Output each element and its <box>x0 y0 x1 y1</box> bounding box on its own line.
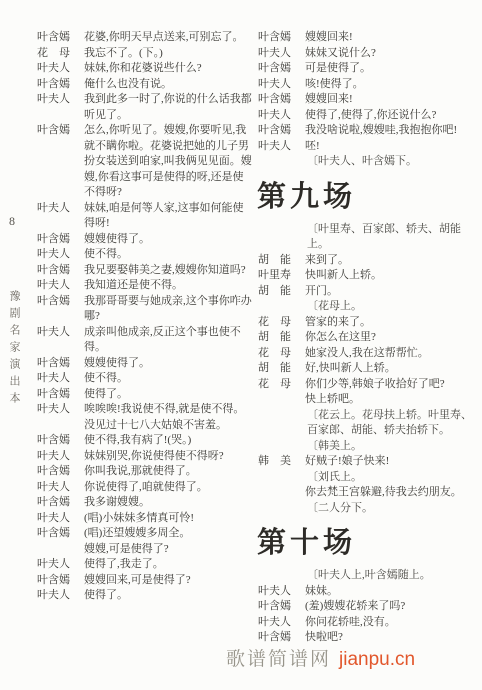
dialogue-entry: 花 母你们少等,韩娘子收拾好了吧? 快上轿吧。 <box>258 377 481 408</box>
dialogue-entry: 叶含嫣嫂嫂回来! <box>258 92 481 108</box>
dialogue-text: 花婆,你明天早点送来,可别忘了。 <box>84 30 253 46</box>
speaker-name: 花 母 <box>37 46 71 62</box>
speaker-name: 叶夫人 <box>258 584 292 600</box>
dialogue-entry: 叶含嫣我兄要娶韩美之妻,嫂嫂你知道吗? <box>37 263 253 279</box>
speaker-name: 叶里寿 <box>258 268 292 284</box>
dialogue-entry: 叶夫人(唱)小妹妹多情真可怜! <box>37 511 253 527</box>
dialogue-entry: 叶含嫣我多谢嫂嫂。 <box>37 495 253 511</box>
stage-direction: 〔叶里寿、百家郎、轿夫、胡能上。 <box>305 222 481 253</box>
dialogue-entry: 叶夫人你说使得了,咱就使得了。 <box>37 480 253 496</box>
speaker-name: 叶含嫣 <box>258 92 292 108</box>
dialogue-entry: 叶夫人成亲叫他成亲,反正这个事也使不得。 <box>37 325 253 356</box>
speaker-name: 叶含嫣 <box>37 77 71 93</box>
dialogue-entry: 花 母她家没人,我在这帮帮忙。 <box>258 346 481 362</box>
speaker-name: 胡 能 <box>258 330 292 346</box>
dialogue-text: 使不得,我有病了!(哭。) <box>84 433 253 449</box>
dialogue-text: 妹妹,咱是何等人家,这事如何能使得呀! <box>84 201 253 232</box>
dialogue-text: 使得了,我走了。 <box>84 557 253 573</box>
dialogue-entry: 叶夫人使不得。 <box>37 247 253 263</box>
dialogue-text: 嫂嫂使得了。 <box>84 356 253 372</box>
stage-direction: 〔花母上。 <box>305 299 481 315</box>
speaker-name: 叶夫人 <box>37 325 71 341</box>
speaker-name: 胡 能 <box>258 253 292 269</box>
dialogue-text: 管家的来了。 <box>305 315 481 331</box>
scene-heading: 第十场 <box>257 527 481 559</box>
dialogue-text: 我忘不了。(下。) <box>84 46 253 62</box>
speaker-name: 叶含嫣 <box>37 387 71 403</box>
stage-direction: 〔刘氏上。 <box>305 470 481 486</box>
speaker-name: 叶夫人 <box>37 92 71 108</box>
dialogue-text: 妹妹,你和花婆说些什么? <box>84 61 253 77</box>
dialogue-entry: 叶含嫣我那哥哥要与她成亲,这个事你咋办哪? <box>37 294 253 325</box>
dialogue-text: 你叫我说,那就使得了。 <box>84 464 253 480</box>
dialogue-entry: 叶夫人使不得。 <box>37 371 253 387</box>
speaker-name: 叶含嫣 <box>37 464 71 480</box>
dialogue-text: 使得了。 <box>84 588 253 604</box>
speaker-name: 叶夫人 <box>37 61 71 77</box>
dialogue-text: 你说使得了,咱就使得了。 <box>84 480 253 496</box>
dialogue-entry: 叶夫人妹妹。 <box>258 584 481 600</box>
dialogue-text: 来到了。 <box>305 253 481 269</box>
speaker-name: 叶含嫣 <box>258 61 292 77</box>
dialogue-text: (羞)嫂嫂花轿来了吗? <box>305 599 481 615</box>
dialogue-text: 嫂嫂回来! <box>305 92 481 108</box>
dialogue-entry: 叶夫人妹妹别哭,你说使得使不得呀? <box>37 449 253 465</box>
speaker-name: 叶含嫣 <box>37 356 71 372</box>
dialogue-text: 嫂嫂使得了。 <box>84 232 253 248</box>
speaker-name: 叶含嫣 <box>258 599 292 615</box>
dialogue-text: 你们少等,韩娘子收拾好了吧? 快上轿吧。 <box>305 377 481 408</box>
dialogue-entry: 叶夫人你问花轿哇,没有。 <box>258 615 481 631</box>
dialogue-text: 妹妹又说什么? <box>305 46 481 62</box>
dialogue-text: 我没啥说啦,嫂嫂哇,我抱抱你吧! <box>305 123 481 139</box>
speaker-name: 叶夫人 <box>37 480 71 496</box>
dialogue-text: 我到此多一时了,你说的什么话我都听见了。 <box>84 92 253 123</box>
dialogue-text: 咳!使得了。 <box>305 77 481 93</box>
dialogue-entry: 叶夫人使得了,使得了,你还说什么? <box>258 108 481 124</box>
dialogue-text: 我知道还是使不得。 <box>84 278 253 294</box>
speaker-name: 叶夫人 <box>258 615 292 631</box>
dialogue-text: 你问花轿哇,没有。 <box>305 615 481 631</box>
speaker-name: 叶夫人 <box>37 511 71 527</box>
dialogue-entry: 叶含嫣(唱)还望嫂嫂多周全。 嫂嫂,可是使得了? <box>37 526 253 557</box>
dialogue-text: 可是使得了。 <box>305 61 481 77</box>
dialogue-text: 她家没人,我在这帮帮忙。 <box>305 346 481 362</box>
dialogue-entry: 胡 能你怎么在这里? <box>258 330 481 346</box>
dialogue-text: 嫂嫂回来,可是使得了? <box>84 573 253 589</box>
dialogue-text: 我兄要娶韩美之妻,嫂嫂你知道吗? <box>84 263 253 279</box>
scene-heading: 第九场 <box>257 181 481 213</box>
dialogue-entry: 胡 能好,快叫新人上轿。 <box>258 361 481 377</box>
dialogue-entry: 叶夫人我知道还是使不得。 <box>37 278 253 294</box>
dialogue-entry: 叶含嫣我没啥说啦,嫂嫂哇,我抱抱你吧! <box>258 123 481 139</box>
stage-direction: 〔花云上。花母扶上轿。叶里寿、百家郎、胡能、轿夫抬轿下。 <box>305 408 481 439</box>
dialogue-text: 使得了。 <box>84 387 253 403</box>
stage-direction: 〔叶夫人上,叶含嫣随上。 <box>305 568 481 584</box>
speaker-name: 叶含嫣 <box>37 573 71 589</box>
dialogue-entry: 叶夫人使得了,我走了。 <box>37 557 253 573</box>
dialogue-entry: 叶夫人使得了。 <box>37 588 253 604</box>
watermark-site-name: 歌谱简谱网 <box>226 649 331 670</box>
scanned-script-page: 8 豫剧名家演出本 叶含嫣花婆,你明天早点送来,可别忘了。花 母我忘不了。(下。… <box>0 0 482 690</box>
speaker-name: 花 母 <box>258 346 292 362</box>
stage-direction: 〔叶夫人、叶含嫣下。 <box>305 154 481 170</box>
speaker-name: 叶含嫣 <box>258 123 292 139</box>
page-number: 8 <box>9 214 15 229</box>
speaker-name: 叶夫人 <box>258 108 292 124</box>
speaker-name: 叶夫人 <box>37 201 71 217</box>
dialogue-text: 呸! <box>305 139 481 155</box>
dialogue-text: 我那哥哥要与她成亲,这个事你咋办哪? <box>84 294 253 325</box>
speaker-name: 叶夫人 <box>37 588 71 604</box>
speaker-name: 叶夫人 <box>37 449 71 465</box>
dialogue-entry: 叶含嫣可是使得了。 <box>258 61 481 77</box>
dialogue-entry: 叶含嫣嫂嫂使得了。 <box>37 232 253 248</box>
dialogue-text: 你怎么在这里? <box>305 330 481 346</box>
dialogue-entry: 叶里寿快叫新人上轿。 <box>258 268 481 284</box>
dialogue-entry: 叶夫人妹妹,你和花婆说些什么? <box>37 61 253 77</box>
dialogue-entry: 叶含嫣嫂嫂回来! <box>258 30 481 46</box>
dialogue-entry: 叶含嫣(羞)嫂嫂花轿来了吗? <box>258 599 481 615</box>
speaker-name: 花 母 <box>258 315 292 331</box>
dialogue-text: 好,快叫新人上轿。 <box>305 361 481 377</box>
dialogue-text: 使不得。 <box>84 247 253 263</box>
dialogue-entry: 叶含嫣嫂嫂回来,可是使得了? <box>37 573 253 589</box>
speaker-name: 叶夫人 <box>258 77 292 93</box>
book-spine-title: 豫剧名家演出本 <box>6 290 22 409</box>
dialogue-entry: 叶含嫣嫂嫂使得了。 <box>37 356 253 372</box>
dialogue-entry: 叶夫人呸! <box>258 139 481 155</box>
speaker-name: 叶含嫣 <box>37 495 71 511</box>
dialogue-text: 使不得。 <box>84 371 253 387</box>
speaker-name: 叶夫人 <box>37 247 71 263</box>
dialogue-text: 俺什么也没有说。 <box>84 77 253 93</box>
speaker-name: 叶含嫣 <box>37 232 71 248</box>
dialogue-text: 开门。 <box>305 284 481 300</box>
speaker-name: 叶含嫣 <box>37 294 71 310</box>
speaker-name: 韩 美 <box>258 454 292 470</box>
speaker-name: 叶含嫣 <box>37 30 71 46</box>
dialogue-entry: 叶含嫣花婆,你明天早点送来,可别忘了。 <box>37 30 253 46</box>
speaker-name: 叶夫人 <box>37 402 71 418</box>
speaker-name: 叶含嫣 <box>37 433 71 449</box>
speaker-name: 叶含嫣 <box>37 123 71 139</box>
dialogue-entry: 叶含嫣使不得,我有病了!(哭。) <box>37 433 253 449</box>
dialogue-text: 使得了,使得了,你还说什么? <box>305 108 481 124</box>
dialogue-text: 妹妹。 <box>305 584 481 600</box>
speaker-name: 叶夫人 <box>37 557 71 573</box>
speaker-name: 叶含嫣 <box>258 30 292 46</box>
speaker-name: 叶夫人 <box>258 46 292 62</box>
dialogue-entry: 胡 能来到了。 <box>258 253 481 269</box>
dialogue-entry: 叶含嫣俺什么也没有说。 <box>37 77 253 93</box>
dialogue-text: 怎么,你听见了。嫂嫂,你要听见,我就不瞒你啦。花婆说把她的儿子男扮女装送到咱家,… <box>84 123 253 201</box>
dialogue-entry: 花 母管家的来了。 <box>258 315 481 331</box>
speaker-name: 叶夫人 <box>37 278 71 294</box>
speaker-name: 胡 能 <box>258 284 292 300</box>
stage-direction: 〔韩美上。 <box>305 439 481 455</box>
speaker-name: 叶夫人 <box>37 371 71 387</box>
dialogue-text: 嫂嫂回来! <box>305 30 481 46</box>
speaker-name: 花 母 <box>258 377 292 393</box>
speaker-name: 叶含嫣 <box>37 526 71 542</box>
stage-direction: 〔二人分下。 <box>305 501 481 517</box>
speaker-name: 叶夫人 <box>258 139 292 155</box>
dialogue-text: 妹妹别哭,你说使得使不得呀? <box>84 449 253 465</box>
dialogue-entry: 叶夫人妹妹,咱是何等人家,这事如何能使得呀! <box>37 201 253 232</box>
dialogue-entry: 叶夫人唉唉唉!我说使不得,就是使不得。没见过十七八大姑娘不害羞。 <box>37 402 253 433</box>
speaker-name: 叶含嫣 <box>37 263 71 279</box>
right-text-column: 叶含嫣嫂嫂回来!叶夫人妹妹又说什么?叶含嫣可是使得了。叶夫人咳!使得了。叶含嫣嫂… <box>258 30 481 646</box>
dialogue-entry: 叶含嫣你叫我说,那就使得了。 <box>37 464 253 480</box>
dialogue-entry: 叶含嫣使得了。 <box>37 387 253 403</box>
dialogue-entry: 叶含嫣怎么,你听见了。嫂嫂,你要听见,我就不瞒你啦。花婆说把她的儿子男扮女装送到… <box>37 123 253 201</box>
dialogue-entry: 叶夫人咳!使得了。 <box>258 77 481 93</box>
dialogue-text: 唉唉唉!我说使不得,就是使不得。没见过十七八大姑娘不害羞。 <box>84 402 253 433</box>
dialogue-text: 成亲叫他成亲,反正这个事也使不得。 <box>84 325 253 356</box>
dialogue-entry: 叶夫人妹妹又说什么? <box>258 46 481 62</box>
dialogue-entry: 叶夫人我到此多一时了,你说的什么话我都听见了。 <box>37 92 253 123</box>
dialogue-entry: 花 母我忘不了。(下。) <box>37 46 253 62</box>
dialogue-text: 好贼子!娘子快来! <box>305 454 481 470</box>
watermark-site-url: jianpu.cn <box>339 649 415 670</box>
speaker-name: 胡 能 <box>258 361 292 377</box>
dialogue-entry: 韩 美好贼子!娘子快来! <box>258 454 481 470</box>
dialogue-text: (唱)小妹妹多情真可怜! <box>84 511 253 527</box>
dialogue-text: (唱)还望嫂嫂多周全。 嫂嫂,可是使得了? <box>84 526 253 557</box>
left-text-column: 叶含嫣花婆,你明天早点送来,可别忘了。花 母我忘不了。(下。)叶夫人妹妹,你和花… <box>37 30 253 604</box>
dialogue-continuation: 你去梵王宫躲避,待我去约朋友。 <box>305 485 481 501</box>
dialogue-entry: 胡 能开门。 <box>258 284 481 300</box>
dialogue-text: 快叫新人上轿。 <box>305 268 481 284</box>
dialogue-text: 我多谢嫂嫂。 <box>84 495 253 511</box>
watermark: 歌谱简谱网jianpu.cn <box>226 644 415 671</box>
